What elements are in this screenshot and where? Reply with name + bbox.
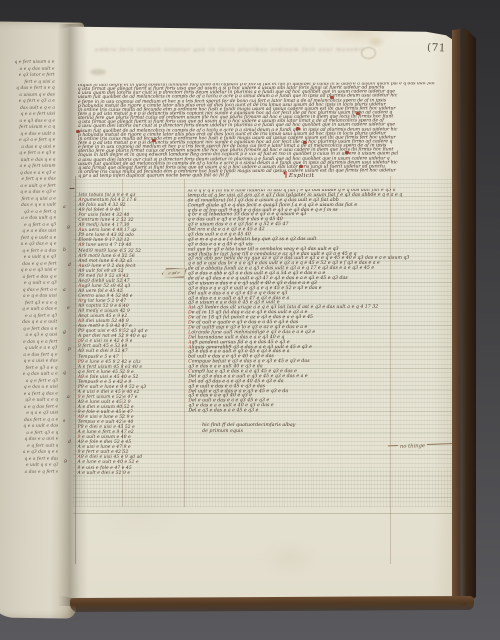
faded-smudge <box>90 69 106 75</box>
explicit-rubric: ¶Explicit <box>283 170 314 179</box>
ink-mark: d <box>68 440 71 445</box>
text-line: Del e q3 e das e a e 45 e q3 e <box>188 409 440 415</box>
ink-mark: g <box>63 330 66 335</box>
ink-mark: 9 <box>64 460 67 465</box>
book-fore-edge <box>452 28 476 606</box>
margin-note-text: no thinge <box>400 443 425 450</box>
book-bottom-edge <box>70 596 474 612</box>
ink-mark: a <box>67 395 70 400</box>
manuscript-page: umbra fere transit notatur que in locis … <box>58 26 458 604</box>
closing-lines: hic finit ff del quatuordecimfaris albay… <box>202 423 295 434</box>
text-line: hic finit ff del quatuordecimfaris albay <box>202 423 295 429</box>
folio-number: (71 <box>427 42 447 55</box>
showthrough-text: umbra fere transit notatur que in locis … <box>95 47 373 56</box>
facing-page-text: q e fert uisum a ea e q das uult ee q3 l… <box>0 60 59 477</box>
ink-mark: s <box>63 419 65 424</box>
paraph-icon: ¶ <box>62 188 67 189</box>
ruling-bottom-line <box>73 513 456 514</box>
section-heading: ¶Sed calculandis eclipsib9 fo p q nouis … <box>62 180 407 189</box>
ink-mark: p <box>68 347 71 352</box>
text-line: q pr s ad temp inferi duplicat quarum no… <box>78 173 450 179</box>
middle-column: At e q e q e fol nu e lune habetur in us… <box>188 189 441 426</box>
text-line: A e uult e diei e 52 9 e <box>78 470 246 476</box>
main-text-block: Inquis in lath degre et in quoq edwardi … <box>78 82 450 180</box>
ink-mark: a <box>63 288 66 293</box>
ink-mark: d <box>68 263 71 268</box>
flourish-line <box>388 445 398 446</box>
paraph-icon: ¶ <box>283 170 288 179</box>
ring-stain <box>361 47 376 59</box>
ink-mark: b <box>63 248 66 253</box>
ink-mark: q <box>63 371 66 376</box>
photo-scene: q e fert uisum a ea e q das uult ee q3 l… <box>0 0 500 640</box>
text-line: a das e q fert e <box>0 469 59 476</box>
ink-mark: e <box>67 306 70 311</box>
ink-mark: a <box>63 205 66 210</box>
ink-mark: 9 <box>67 226 70 231</box>
margin-rule-left <box>75 176 76 564</box>
heading-initial: S <box>68 188 75 189</box>
rubric-text: Explicit <box>289 173 315 179</box>
text-line: de primum equis <box>202 429 295 435</box>
